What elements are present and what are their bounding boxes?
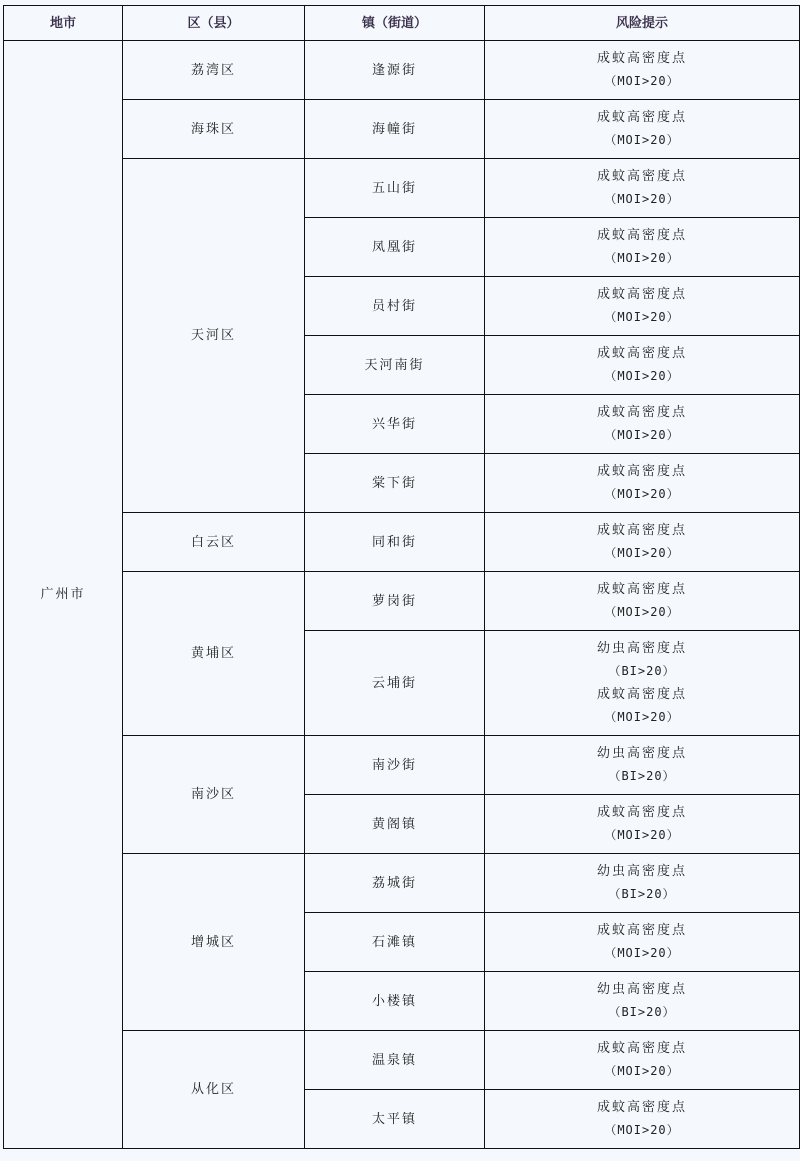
town-cell: 天河南街 [305,336,485,395]
town-cell: 太平镇 [305,1090,485,1149]
header-town: 镇（街道） [305,6,485,41]
risk-threshold: （MOI>20） [485,706,799,729]
risk-cell: 成蚊高密度点（MOI>20） [485,277,800,336]
risk-label: 成蚊高密度点 [485,683,799,706]
risk-label: 成蚊高密度点 [485,801,799,824]
risk-label: 成蚊高密度点 [485,106,799,129]
risk-cell: 幼虫高密度点（BI>20）成蚊高密度点（MOI>20） [485,631,800,736]
risk-cell: 成蚊高密度点（MOI>20） [485,454,800,513]
risk-label: 成蚊高密度点 [485,283,799,306]
risk-cell: 幼虫高密度点（BI>20） [485,736,800,795]
table-row: 海珠区海幢街成蚊高密度点（MOI>20） [4,100,800,159]
table-row: 天河区五山街成蚊高密度点（MOI>20） [4,159,800,218]
risk-label: 成蚊高密度点 [485,224,799,247]
risk-label: 成蚊高密度点 [485,401,799,424]
risk-cell: 成蚊高密度点（MOI>20） [485,336,800,395]
header-city: 地市 [4,6,123,41]
risk-threshold: （BI>20） [485,883,799,906]
risk-label: 幼虫高密度点 [485,978,799,1001]
table-row: 从化区温泉镇成蚊高密度点（MOI>20） [4,1031,800,1090]
risk-cell: 成蚊高密度点（MOI>20） [485,41,800,100]
risk-label: 成蚊高密度点 [485,47,799,70]
risk-cell: 成蚊高密度点（MOI>20） [485,159,800,218]
table-row: 黄埔区萝岗街成蚊高密度点（MOI>20） [4,572,800,631]
risk-cell: 成蚊高密度点（MOI>20） [485,395,800,454]
header-row: 地市 区（县） 镇（街道） 风险提示 [4,6,800,41]
risk-label: 成蚊高密度点 [485,342,799,365]
town-cell: 员村街 [305,277,485,336]
risk-cell: 成蚊高密度点（MOI>20） [485,1031,800,1090]
district-cell: 从化区 [123,1031,305,1149]
district-cell: 荔湾区 [123,41,305,100]
risk-threshold: （BI>20） [485,765,799,788]
risk-label: 幼虫高密度点 [485,860,799,883]
risk-threshold: （MOI>20） [485,1119,799,1142]
town-cell: 黄阁镇 [305,795,485,854]
risk-label: 成蚊高密度点 [485,519,799,542]
city-cell: 广州市 [4,41,123,1149]
risk-threshold: （MOI>20） [485,129,799,152]
town-cell: 萝岗街 [305,572,485,631]
district-cell: 南沙区 [123,736,305,854]
risk-label: 成蚊高密度点 [485,1037,799,1060]
town-cell: 五山街 [305,159,485,218]
town-cell: 南沙街 [305,736,485,795]
risk-threshold: （BI>20） [485,660,799,683]
table-row: 增城区荔城街幼虫高密度点（BI>20） [4,854,800,913]
risk-threshold: （MOI>20） [485,483,799,506]
town-cell: 凤凰街 [305,218,485,277]
district-cell: 黄埔区 [123,572,305,736]
table-row: 白云区同和街成蚊高密度点（MOI>20） [4,513,800,572]
risk-cell: 成蚊高密度点（MOI>20） [485,218,800,277]
risk-threshold: （MOI>20） [485,247,799,270]
risk-threshold: （MOI>20） [485,824,799,847]
district-cell: 增城区 [123,854,305,1031]
risk-label: 成蚊高密度点 [485,578,799,601]
district-cell: 海珠区 [123,100,305,159]
risk-label: 幼虫高密度点 [485,742,799,765]
town-cell: 小楼镇 [305,972,485,1031]
risk-cell: 成蚊高密度点（MOI>20） [485,513,800,572]
town-cell: 海幢街 [305,100,485,159]
header-district: 区（县） [123,6,305,41]
risk-threshold: （MOI>20） [485,70,799,93]
table-row: 广州市荔湾区逢源街成蚊高密度点（MOI>20） [4,41,800,100]
risk-threshold: （MOI>20） [485,942,799,965]
risk-threshold: （MOI>20） [485,188,799,211]
table-row: 南沙区南沙街幼虫高密度点（BI>20） [4,736,800,795]
town-cell: 荔城街 [305,854,485,913]
risk-threshold: （MOI>20） [485,306,799,329]
table-body: 广州市荔湾区逢源街成蚊高密度点（MOI>20）海珠区海幢街成蚊高密度点（MOI>… [4,41,800,1149]
risk-threshold: （MOI>20） [485,542,799,565]
risk-cell: 成蚊高密度点（MOI>20） [485,913,800,972]
town-cell: 同和街 [305,513,485,572]
risk-cell: 成蚊高密度点（MOI>20） [485,795,800,854]
risk-threshold: （MOI>20） [485,424,799,447]
risk-cell: 幼虫高密度点（BI>20） [485,972,800,1031]
risk-cell: 成蚊高密度点（MOI>20） [485,572,800,631]
town-cell: 棠下街 [305,454,485,513]
town-cell: 兴华街 [305,395,485,454]
risk-label: 成蚊高密度点 [485,919,799,942]
risk-threshold: （MOI>20） [485,365,799,388]
risk-threshold: （BI>20） [485,1001,799,1024]
risk-threshold: （MOI>20） [485,601,799,624]
district-cell: 白云区 [123,513,305,572]
risk-cell: 成蚊高密度点（MOI>20） [485,1090,800,1149]
risk-label: 成蚊高密度点 [485,165,799,188]
risk-label: 幼虫高密度点 [485,637,799,660]
risk-cell: 幼虫高密度点（BI>20） [485,854,800,913]
town-cell: 温泉镇 [305,1031,485,1090]
district-cell: 天河区 [123,159,305,513]
town-cell: 云埔街 [305,631,485,736]
town-cell: 石滩镇 [305,913,485,972]
risk-label: 成蚊高密度点 [485,460,799,483]
risk-table: 地市 区（县） 镇（街道） 风险提示 广州市荔湾区逢源街成蚊高密度点（MOI>2… [3,5,800,1149]
header-risk: 风险提示 [485,6,800,41]
risk-label: 成蚊高密度点 [485,1096,799,1119]
town-cell: 逢源街 [305,41,485,100]
risk-threshold: （MOI>20） [485,1060,799,1083]
risk-cell: 成蚊高密度点（MOI>20） [485,100,800,159]
